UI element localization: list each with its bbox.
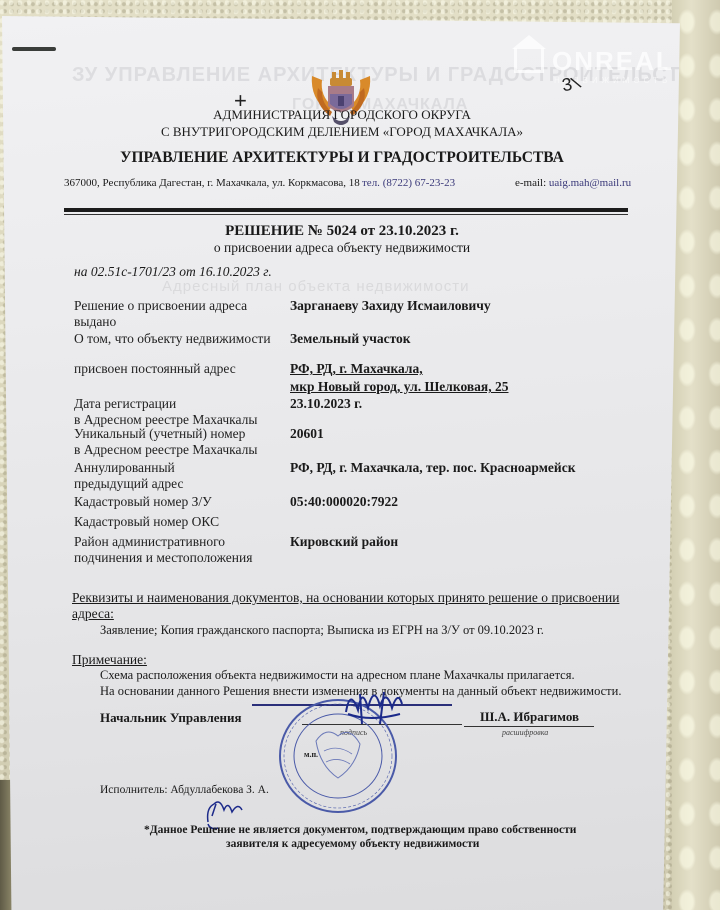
field-value: 23.10.2023 г.	[290, 396, 362, 412]
field-value-line: 20601	[290, 426, 324, 442]
field-value-line: Кировский район	[290, 534, 398, 550]
field-value: 05:40:000020:7922	[290, 494, 398, 510]
decision-title: РЕШЕНИЕ № 5024 от 23.10.2023 г.	[2, 223, 682, 240]
office-address: 367000, Республика Дагестан, г. Махачкал…	[64, 177, 360, 189]
decision-reference: на 02.51с-1701/23 от 16.10.2023 г.	[74, 264, 272, 280]
basis-heading: Реквизиты и наименования документов, на …	[72, 590, 619, 606]
field-label: Уникальный (учетный) номерв Адресном рее…	[74, 426, 257, 458]
field-label-line: Дата регистрации	[74, 396, 257, 412]
field-value: РФ, РД, г. Махачкала,мкр Новый город, ул…	[290, 361, 509, 395]
field-label-line: Решение о присвоении адреса	[74, 298, 247, 314]
basis-heading-cont: адреса:	[72, 606, 114, 622]
field-label-line: подчинения и местоположения	[74, 550, 252, 566]
field-label: Кадастровый номер ОКС	[74, 514, 219, 530]
letterhead-divider	[64, 208, 628, 212]
field-value: Кировский район	[290, 534, 398, 550]
office-phone: тел. (8722) 67-23-23	[362, 177, 455, 189]
field-label-line: Район административного	[74, 534, 252, 550]
field-label-line: в Адресном реестре Махачкалы	[74, 442, 257, 458]
field-label-line: присвоен постоянный адрес	[74, 361, 236, 377]
basis-documents: Заявление; Копия гражданского паспорта; …	[100, 623, 544, 638]
field-label: О том, что объекту недвижимости	[74, 331, 271, 347]
name-caption: расшифровка	[502, 728, 548, 737]
field-value: Земельный участок	[290, 331, 411, 347]
disclaimer-line2: заявителя к адресуемому объекту недвижим…	[226, 838, 479, 850]
field-value-line: РФ, РД, г. Махачкала, тер. пос. Красноар…	[290, 460, 575, 476]
field-value-line: Зарганаеву Захиду Исмаиловичу	[290, 298, 491, 314]
field-label-line: Уникальный (учетный) номер	[74, 426, 257, 442]
wall-shadow	[0, 780, 12, 910]
field-value-line: РФ, РД, г. Махачкала,	[290, 361, 509, 377]
field-label: присвоен постоянный адрес	[74, 361, 236, 377]
office-email: e-mail: uaig.mah@mail.ru	[515, 177, 631, 189]
name-line	[464, 726, 594, 727]
note-heading: Примечание:	[72, 652, 147, 668]
field-value-line: Земельный участок	[290, 331, 411, 347]
field-value-line: 05:40:000020:7922	[290, 494, 398, 510]
handwritten-page-number: 3\	[560, 73, 580, 97]
field-label-line: Кадастровый номер З/У	[74, 494, 212, 510]
disclaimer-line1: *Данное Решение не является документом, …	[144, 824, 576, 836]
document-sheet: ЗУ УПРАВЛЕНИЕ АРХИТЕКТУРЫ И ГРАДОСТРОИТЕ…	[2, 16, 680, 910]
field-label: Кадастровый номер З/У	[74, 494, 212, 510]
staple	[12, 47, 56, 51]
department-name: УПРАВЛЕНИЕ АРХИТЕКТУРЫ И ГРАДОСТРОИТЕЛЬС…	[2, 149, 682, 167]
field-label: Решение о присвоении адресавыдано	[74, 298, 247, 330]
house-icon	[514, 48, 544, 73]
wallpaper-border	[672, 0, 720, 910]
signatory-position: Начальник Управления	[100, 710, 242, 726]
org-name-line1: АДМИНИСТРАЦИЯ ГОРОДСКОГО ОКРУГА	[2, 107, 682, 123]
field-label: Район административногоподчинения и мест…	[74, 534, 252, 566]
letterhead-divider-thin	[64, 214, 628, 215]
field-label-line: Кадастровый номер ОКС	[74, 514, 219, 530]
note-line1: Схема расположения объекта недвижимости …	[100, 668, 575, 683]
executor-name: Исполнитель: Абдуллабекова З. А.	[100, 784, 269, 796]
head-signature	[340, 684, 410, 730]
field-label-line: О том, что объекту недвижимости	[74, 331, 271, 347]
field-value: 20601	[290, 426, 324, 442]
org-name-line2: С ВНУТРИГОРОДСКИМ ДЕЛЕНИЕМ «ГОРОД МАХАЧК…	[2, 124, 682, 140]
email-link[interactable]: uaig.mah@mail.ru	[549, 177, 631, 189]
bleed-through-text: Адресный план объекта недвижимости	[162, 278, 470, 295]
field-label: Дата регистрациив Адресном реестре Махач…	[74, 396, 257, 428]
field-label-line: предыдущий адрес	[74, 476, 184, 492]
field-value-line: 23.10.2023 г.	[290, 396, 362, 412]
field-value: РФ, РД, г. Махачкала, тер. пос. Красноар…	[290, 460, 575, 476]
field-value: Зарганаеву Захиду Исмаиловичу	[290, 298, 491, 314]
field-value-line: мкр Новый город, ул. Шелковая, 25	[290, 379, 509, 395]
decision-subtitle: о присвоении адреса объекту недвижимости	[2, 240, 682, 256]
field-label-line: Аннулированный	[74, 460, 184, 476]
field-label-line: выдано	[74, 314, 247, 330]
signatory-name: Ш.А. Ибрагимов	[480, 709, 579, 725]
field-label: Аннулированныйпредыдущий адрес	[74, 460, 184, 492]
